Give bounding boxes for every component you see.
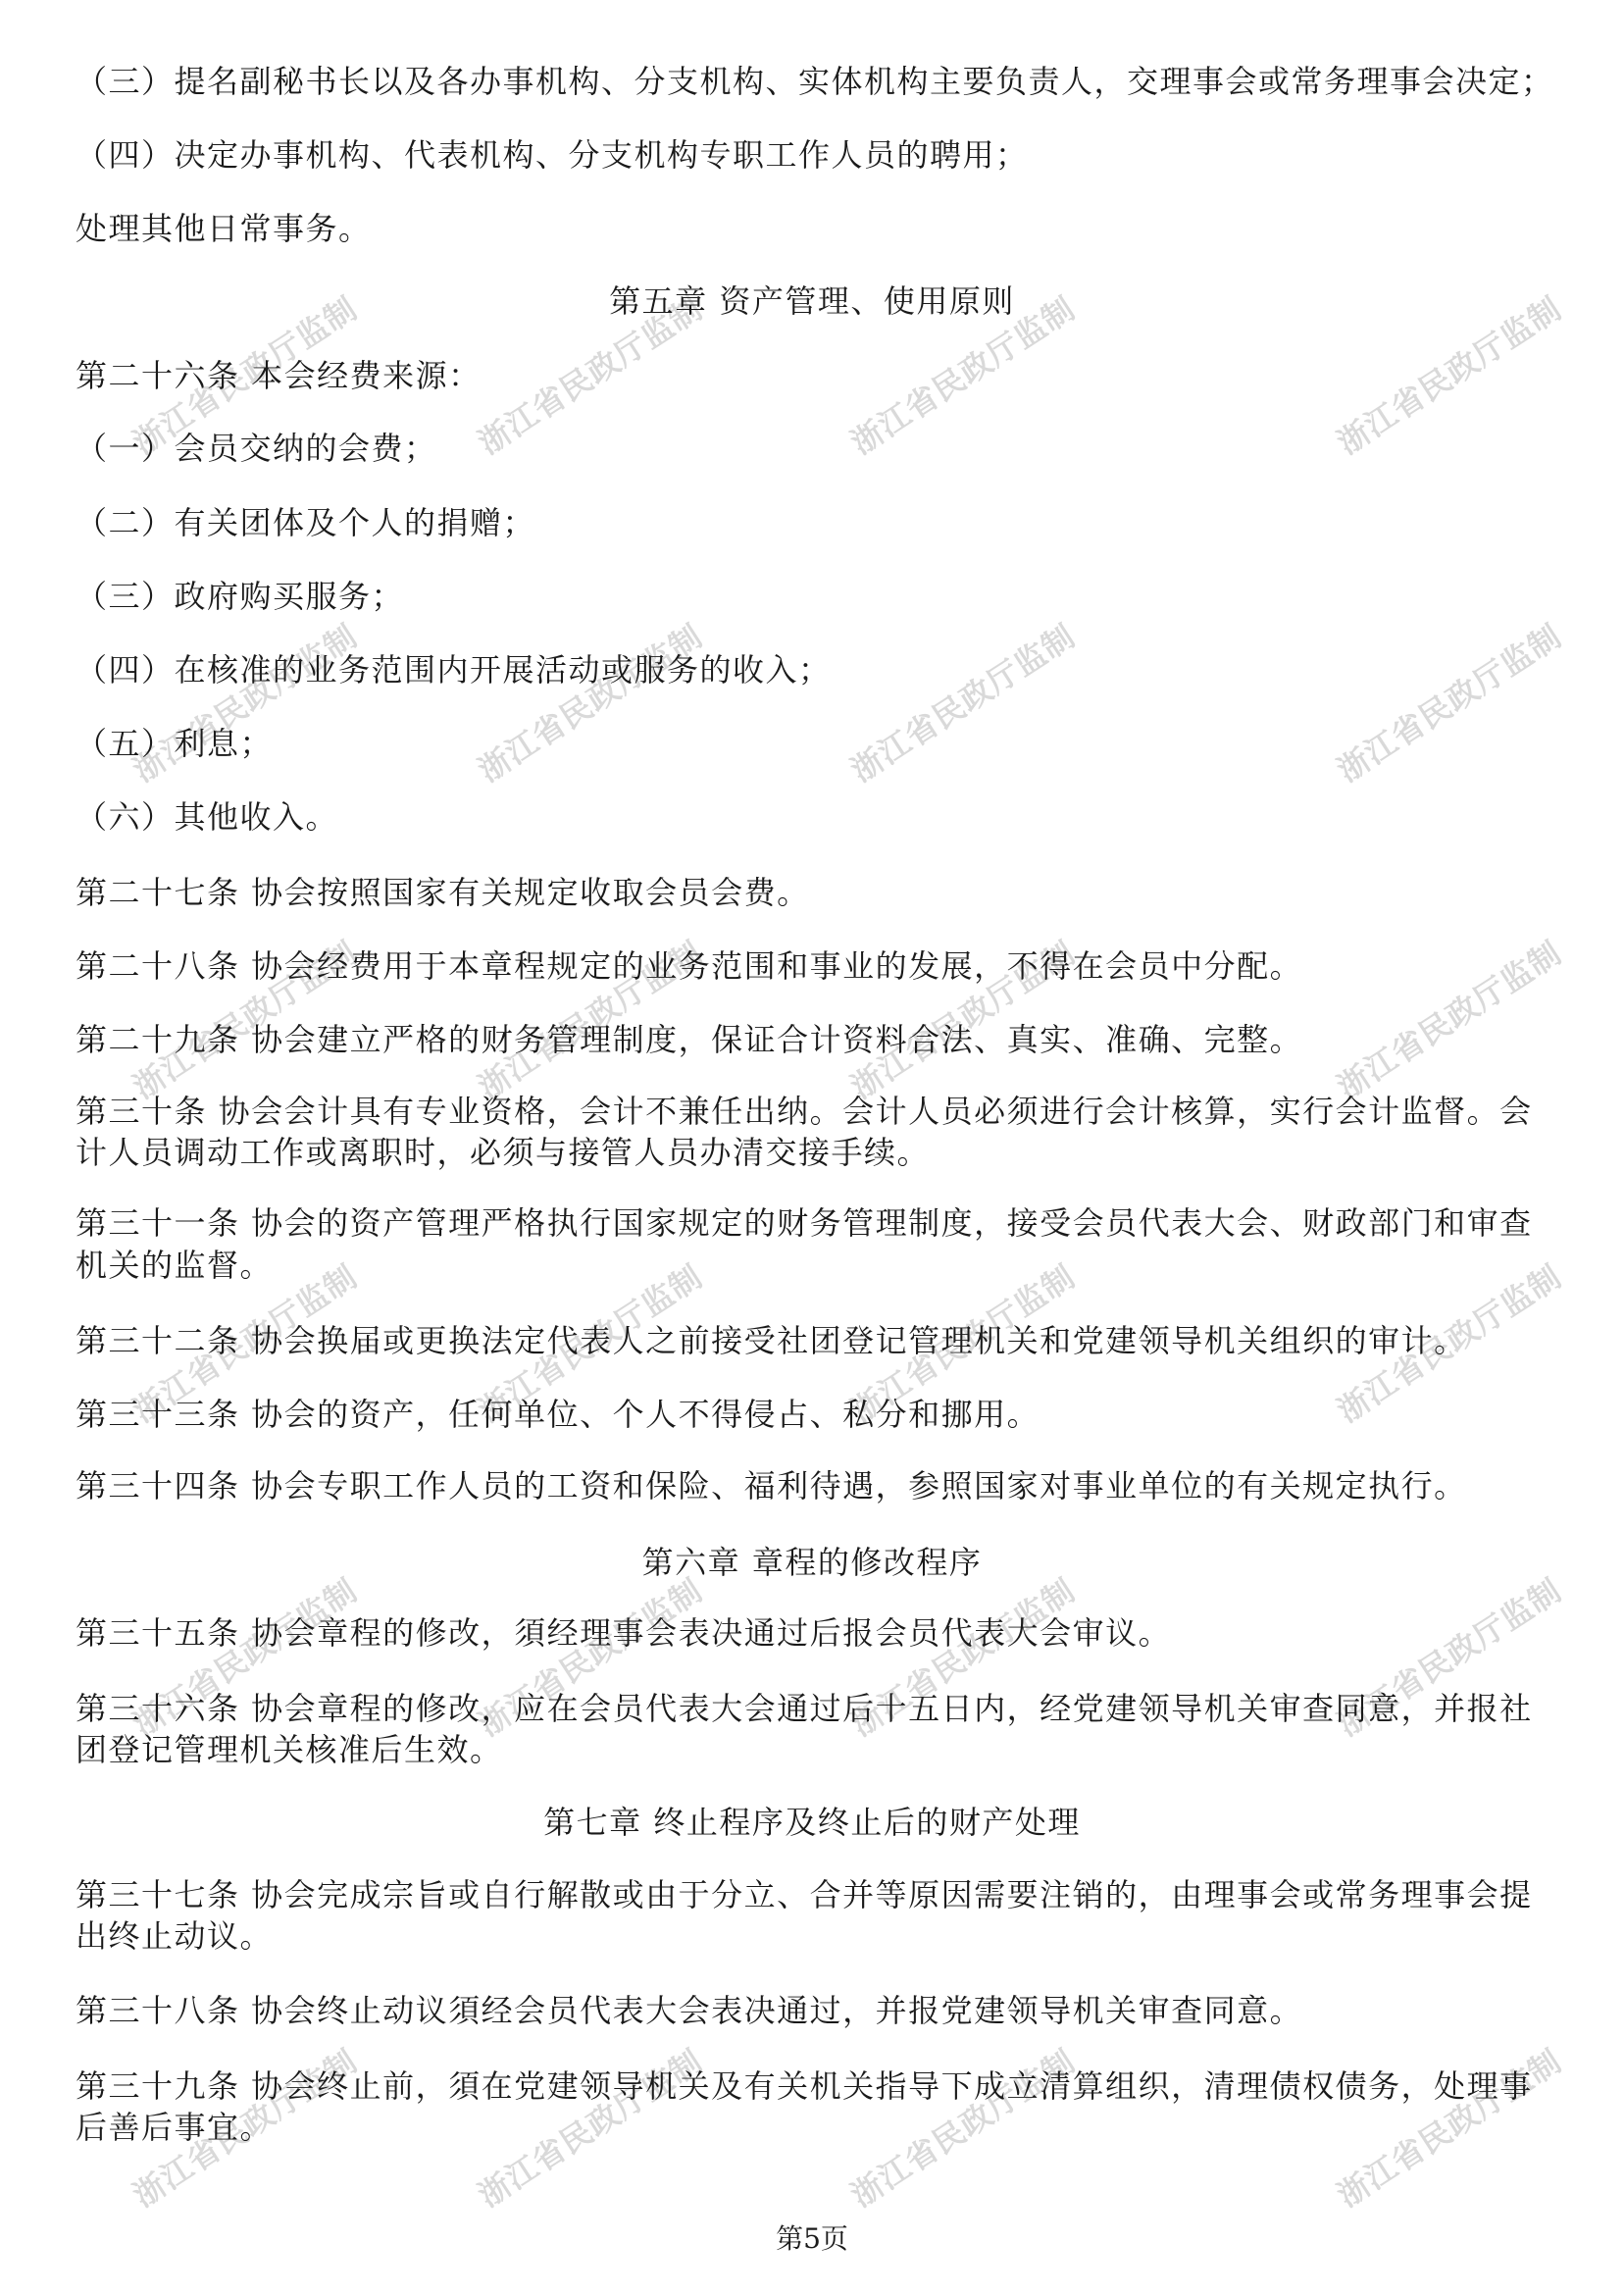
paragraph-line: 第三十八条 协会终止动议須经会员代表大会表决通过，并报党建领导机关审查同意。 — [76, 1991, 1302, 2030]
paragraph-line: 出终止动议。 — [76, 1916, 273, 1956]
document-page: 浙江省民政厅监制浙江省民政厅监制浙江省民政厅监制浙江省民政厅监制浙江省民政厅监制… — [0, 0, 1624, 2294]
paragraph-line: 第二十七条 协会按照国家有关规定收取会员会费。 — [76, 873, 810, 912]
paragraph-line: 第二十六条 本会经费来源： — [76, 356, 482, 395]
paragraph-line: （四）在核准的业务范围内开展活动或服务的收入； — [76, 650, 832, 689]
paragraph-line: 第二十八条 协会经费用于本章程规定的业务范围和事业的发展，不得在会员中分配。 — [76, 946, 1302, 986]
chapter-heading: 第五章 资产管理、使用原则 — [0, 281, 1624, 321]
paragraph-line: 第三十条 协会会计具有专业资格，会计不兼任出纳。会计人员必须进行会计核算，实行会… — [76, 1092, 1533, 1131]
paragraph-line: 第三十七条 协会完成宗旨或自行解散或由于分立、合并等原因需要注销的，由理事会或常… — [76, 1875, 1533, 1914]
paragraph-line: 第三十九条 协会终止前，須在党建领导机关及有关机关指导下成立清算组织，清理债权债… — [76, 2066, 1533, 2106]
paragraph-line: 第三十一条 协会的资产管理严格执行国家规定的财务管理制度，接受会员代表大会、财政… — [76, 1203, 1533, 1243]
paragraph-line: （一）会员交纳的会费； — [76, 429, 437, 468]
paragraph-line: （六）其他收入。 — [76, 797, 338, 837]
paragraph-line: （三）提名副秘书长以及各办事机构、分支机构、实体机构主要负责人，交理事会或常务理… — [76, 62, 1554, 101]
chapter-heading: 第七章 终止程序及终止后的财产处理 — [0, 1803, 1624, 1842]
paragraph-line: 第三十四条 协会专职工作人员的工资和保险、福利待遇，参照国家对事业单位的有关规定… — [76, 1466, 1467, 1505]
paragraph-line: 处理其他日常事务。 — [76, 209, 372, 248]
paragraph-line: 第三十二条 协会换届或更换法定代表人之前接受社团登记管理机关和党建领导机关组织的… — [76, 1321, 1467, 1360]
paragraph-line: （二）有关团体及个人的捐赠； — [76, 503, 535, 542]
paragraph-line: 后善后事宜。 — [76, 2108, 273, 2147]
document-body: （三）提名副秘书长以及各办事机构、分支机构、实体机构主要负责人，交理事会或常务理… — [0, 0, 1624, 2294]
paragraph-line: 第三十三条 协会的资产，任何单位、个人不得侵占、私分和挪用。 — [76, 1395, 1040, 1434]
paragraph-line: 团登记管理机关核准后生效。 — [76, 1730, 503, 1769]
paragraph-line: 计人员调动工作或离职时，必须与接管人员办清交接手续。 — [76, 1133, 930, 1172]
paragraph-line: （三）政府购买服务； — [76, 577, 404, 616]
paragraph-line: 机关的监督。 — [76, 1246, 273, 1285]
paragraph-line: （四）决定办事机构、代表机构、分支机构专职工作人员的聘用； — [76, 135, 1029, 175]
paragraph-line: 第三十五条 协会章程的修改，須经理事会表决通过后报会员代表大会审议。 — [76, 1613, 1171, 1653]
chapter-heading: 第六章 章程的修改程序 — [0, 1543, 1624, 1582]
paragraph-line: （五）利息； — [76, 724, 273, 763]
paragraph-line: 第二十九条 协会建立严格的财务管理制度，保证合计资料合法、真实、准确、完整。 — [76, 1020, 1302, 1059]
paragraph-line: 第三十六条 协会章程的修改，应在会员代表大会通过后十五日内，经党建领导机关审查同… — [76, 1689, 1533, 1728]
